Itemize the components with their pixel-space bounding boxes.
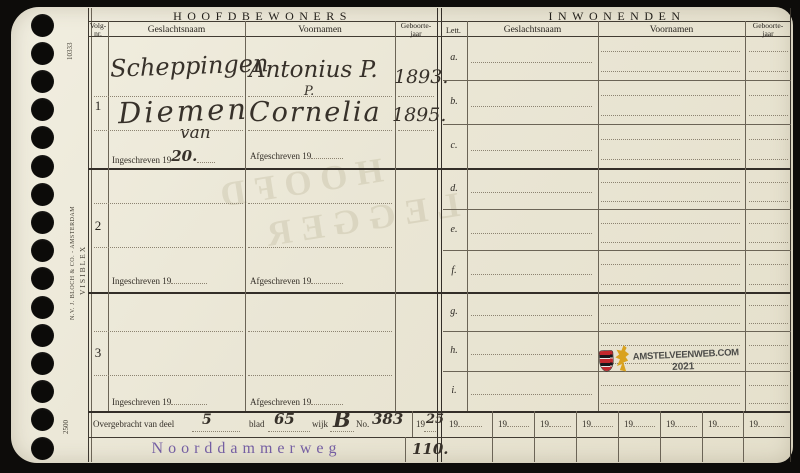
ruling-line [749, 242, 788, 243]
ruling-line [749, 223, 788, 224]
lion-icon [614, 345, 630, 373]
dotted-line [424, 431, 436, 432]
col-voornamen-right: Voornamen [598, 25, 745, 35]
dotted-leader [549, 417, 571, 427]
dotted-line [94, 247, 243, 248]
hw-no: 383 [372, 410, 403, 428]
col-voornamen-left: Voornamen [245, 25, 395, 35]
ruling-line [443, 331, 791, 332]
transfer-year-divider [412, 411, 413, 437]
ruling-line [749, 51, 788, 52]
ruling-line [471, 192, 592, 193]
watermark: AMSTELVEENWEB.COM 2021 [597, 338, 749, 385]
ruling-line [601, 139, 740, 140]
lett-g: g. [444, 306, 464, 317]
table-left-inner-border [91, 8, 92, 462]
ruling-line [749, 363, 788, 364]
year-cell-8: 19 [749, 417, 784, 429]
row-number-3: 3 [88, 345, 108, 361]
year-cell-7: 19 [708, 417, 739, 429]
ruling-line [601, 305, 740, 306]
ruling-line [749, 139, 788, 140]
dotted-leader [171, 395, 207, 405]
ruling-line [702, 411, 703, 462]
ruling-line [749, 201, 788, 202]
binder-hole [31, 70, 54, 93]
ruling-line [749, 403, 788, 404]
year-cell-6: 19 [666, 417, 697, 429]
dotted-line [248, 130, 392, 131]
lett-e: e. [444, 224, 464, 235]
col-geslachtsnaam-left: Geslachtsnaam [108, 25, 245, 35]
year-cell-4: 19 [582, 417, 613, 429]
dotted-leader [675, 417, 697, 427]
year-cell-3: 19 [540, 417, 571, 429]
left-section-title: HOOFDBEWONERS [88, 9, 437, 24]
ruling-line [471, 354, 592, 355]
ruling-line [601, 284, 740, 285]
ruling-line [749, 305, 788, 306]
hw-firstnames-2: Cornelia [249, 97, 382, 128]
left-name-divider [245, 21, 246, 411]
ingeschreven-row2: Ingeschreven 19 [112, 274, 207, 286]
hw-prefix-2: van [180, 123, 211, 143]
binder-hole [31, 211, 54, 234]
dotted-line [94, 96, 243, 97]
ruling-line [749, 345, 788, 346]
lett-c: c. [444, 140, 464, 151]
row-divider-2 [88, 292, 791, 294]
year-cell-2: 19 [498, 417, 529, 429]
right-section-title: INWONENDEN [443, 9, 791, 24]
dotted-line [248, 375, 392, 376]
printer-brand: VISIBLEX [78, 185, 87, 295]
dotted-leader [311, 149, 343, 159]
lett-f: f. [444, 265, 464, 276]
dotted-leader [507, 417, 529, 427]
dotted-leader [311, 274, 343, 284]
header-underline [88, 36, 791, 37]
ruling-line [749, 95, 788, 96]
dotted-leader [633, 417, 655, 427]
hw-wijk: B [333, 407, 351, 432]
table-right-border [790, 8, 791, 462]
lett-i: i. [444, 385, 464, 396]
ruling-line [471, 274, 592, 275]
ingeschreven-row3: Ingeschreven 19 [112, 395, 207, 407]
binder-hole [31, 296, 54, 319]
binder-hole [31, 183, 54, 206]
table-left-border [88, 8, 89, 462]
hw-deel: 5 [202, 412, 212, 428]
hw-firstnames-1: Antonius P. [249, 57, 378, 83]
dotted-leader [591, 417, 613, 427]
dotted-line [248, 96, 392, 97]
dotted-line [398, 96, 434, 97]
transfer-label-no: No. [356, 419, 369, 429]
ruling-line [471, 315, 592, 316]
binder-hole [31, 155, 54, 178]
dotted-leader [311, 395, 343, 405]
ruling-line [492, 411, 493, 462]
dotted-line [94, 203, 243, 204]
ruling-line [471, 394, 592, 395]
stock-number-top: 10333 [66, 10, 74, 60]
hw-transfer-year: 25 [426, 412, 444, 427]
afgeschreven-row2: Afgeschreven 19 [250, 274, 343, 286]
ruling-line [601, 159, 740, 160]
ruling-line [743, 411, 744, 462]
ruling-line [749, 323, 788, 324]
dotted-leader [717, 417, 739, 427]
ruling-line [471, 233, 592, 234]
col-lett: Lett. [440, 26, 467, 35]
binder-hole [31, 324, 54, 347]
binder-hole [31, 380, 54, 403]
binder-hole [31, 42, 54, 65]
dotted-line [94, 130, 243, 131]
dotted-line [192, 431, 240, 432]
ruling-line [601, 95, 740, 96]
transfer-label-deel: Overgebracht van deel [93, 419, 174, 429]
ruling-line [601, 182, 740, 183]
ruling-line [601, 323, 740, 324]
stock-number-bottom: 2500 [62, 392, 70, 434]
ruling-line [749, 159, 788, 160]
hw-surname-1: Scheppingen [110, 49, 269, 83]
ruling-line [601, 223, 740, 224]
binder-hole [31, 98, 54, 121]
housenumber-divider [405, 437, 406, 462]
afgeschreven-row3: Afgeschreven 19 [250, 395, 343, 407]
dotted-line [330, 431, 354, 432]
lett-b: b. [444, 96, 464, 107]
afgeschreven-row1: Afgeschreven 19 [250, 149, 343, 161]
ingeschreven-row1: Ingeschreven 1920. [112, 149, 215, 167]
ruling-line [601, 115, 740, 116]
ruling-line [601, 264, 740, 265]
ruling-line [601, 242, 740, 243]
coat-of-arms-icon [600, 351, 614, 372]
dotted-leader [197, 153, 215, 163]
transfer-year-prefix: 19 [416, 419, 425, 429]
hw-blad: 65 [274, 410, 295, 428]
dotted-line [248, 247, 392, 248]
hw-year-1: 1893. [394, 66, 448, 88]
ruling-line [471, 150, 592, 151]
scanned-register-card: 10333 N.V. J. BLOCH & CO. - AMSTERDAM VI… [0, 0, 800, 473]
year-cell-1: 19 [449, 417, 482, 429]
row-number-1: 1 [88, 98, 108, 114]
ruling-line [601, 403, 740, 404]
dotted-leader [758, 417, 784, 427]
ruling-line [749, 71, 788, 72]
binder-hole [31, 352, 54, 375]
hw-year-2: 1895. [392, 104, 446, 126]
dotted-line [94, 375, 243, 376]
dotted-line [268, 431, 310, 432]
ruling-line [749, 115, 788, 116]
ruling-line [443, 124, 791, 125]
ruling-line [749, 385, 788, 386]
lett-a: a. [444, 52, 464, 63]
row-divider-1 [88, 168, 791, 170]
row-number-2: 2 [88, 218, 108, 234]
ruling-line [618, 411, 619, 462]
ruling-line [660, 411, 661, 462]
dotted-line [94, 331, 243, 332]
year-cell-5: 19 [624, 417, 655, 429]
ruling-line [601, 201, 740, 202]
hw-house-number: 110. [412, 440, 449, 458]
ruling-line [471, 106, 592, 107]
ruling-line [443, 250, 791, 251]
hw-ingeschreven-year: 20. [171, 147, 197, 165]
volgnr-divider [108, 21, 109, 411]
col-geslachtsnaam-right: Geslachtsnaam [467, 25, 598, 35]
binder-hole [31, 239, 54, 262]
ruling-line [576, 411, 577, 462]
lett-h: h. [444, 345, 464, 356]
binder-hole [31, 437, 54, 460]
ruling-line [749, 182, 788, 183]
ruling-line [601, 71, 740, 72]
dotted-leader [171, 274, 207, 284]
transfer-label-wijk: wijk [312, 419, 328, 429]
ruling-line [443, 209, 791, 210]
dotted-line [398, 130, 434, 131]
transfer-label-blad: blad [249, 419, 265, 429]
ruling-line [534, 411, 535, 462]
ruling-line [749, 284, 788, 285]
dotted-leader [458, 417, 482, 427]
ruling-line [443, 80, 791, 81]
dotted-line [248, 203, 392, 204]
address-row-line [88, 437, 791, 438]
street-name-stamp: Noorddammerweg [88, 440, 405, 458]
printer-company: N.V. J. BLOCH & CO. - AMSTERDAM [70, 150, 76, 320]
binder-hole [31, 14, 54, 37]
dotted-line [248, 331, 392, 332]
ruling-line [749, 264, 788, 265]
ruling-line [601, 51, 740, 52]
ruling-line [601, 385, 740, 386]
ruling-line [471, 62, 592, 63]
lett-d: d. [444, 183, 464, 194]
